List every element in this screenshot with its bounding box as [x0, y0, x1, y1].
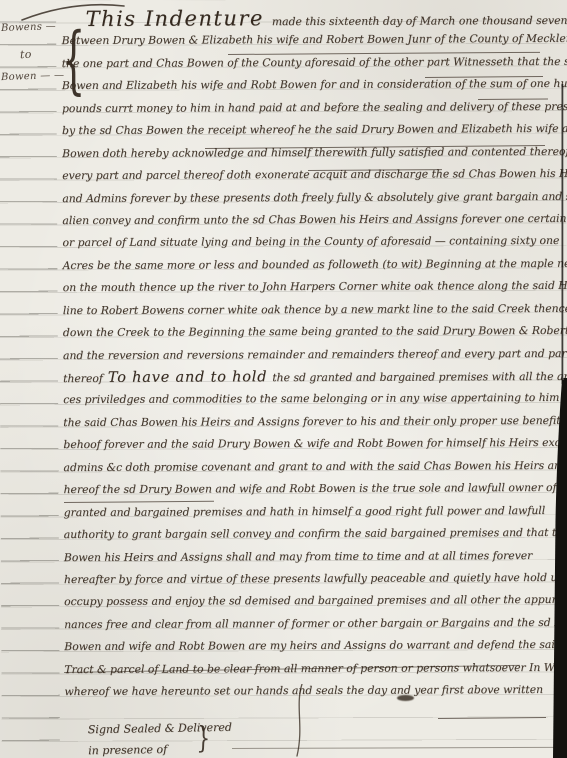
habendum-post: the sd granted and bargained premises wi… — [272, 370, 567, 385]
habendum-phrase: To have and to hold — [103, 369, 273, 386]
margin-ruled-lines — [0, 0, 60, 758]
manuscript-line: line to Robert Bowens corner white oak t… — [63, 298, 560, 323]
closing-brace-icon: } — [196, 724, 210, 755]
manuscript-line: hereafter by force and virtue of these p… — [64, 567, 561, 592]
manuscript-line: Tract & parcel of Land to be clear from … — [64, 657, 561, 682]
manuscript-line: Bowen his Heirs and Assigns shall and ma… — [64, 544, 561, 569]
manuscript-line: Bowen and Elizabeth his wife and Robt Bo… — [62, 73, 559, 98]
manuscript-line: ces priviledges and commodities to the s… — [63, 387, 560, 412]
manuscript-line: whereof we have hereunto set our hands a… — [64, 679, 561, 704]
manuscript-line: granted and bargained premises and hath … — [64, 500, 561, 525]
manuscript-line: authority to grant bargain sell convey a… — [64, 522, 561, 547]
manuscript-line: nances free and clear from all manner of… — [64, 612, 561, 637]
manuscript-line: Bowen and wife and Robt Bowen are my hei… — [64, 634, 561, 659]
manuscript-line: Acres be the same more or less and bound… — [63, 253, 560, 278]
manuscript-line: and Admins forever by these presents dot… — [62, 185, 559, 210]
manuscript-line: or parcel of Land situate lying and bein… — [62, 230, 559, 255]
manuscript-line: This Indenturemade this sixteenth day of… — [61, 6, 558, 31]
manuscript-line: hereof the sd Drury Bowen and wife and R… — [64, 477, 561, 502]
manuscript-line: by the sd Chas Bowen the receipt whereof… — [62, 118, 559, 143]
in-presence-line: in presence of — [88, 738, 232, 758]
habendum-pre: thereof — [63, 372, 103, 385]
manuscript-line: Between Drury Bowen & Elizabeth his wife… — [62, 28, 559, 53]
scanned-deed-page: Bowens — to Bowen — — { This Indenturema… — [0, 0, 567, 758]
manuscript-line: admins &c doth promise covenant and gran… — [63, 455, 560, 480]
margin-note-grantee: Bowen — — — [1, 70, 65, 83]
heading-rest: made this sixteenth day of March one tho… — [272, 13, 567, 28]
deed-body-text: This Indenturemade this sixteenth day of… — [61, 6, 561, 704]
margin-note-to: to — [20, 48, 32, 61]
manuscript-line: the said Chas Bowen his Heirs and Assign… — [63, 410, 560, 435]
ruled-line-segment — [232, 747, 554, 749]
ink-underline — [438, 717, 546, 719]
manuscript-line: Bowen doth hereby acknowledge and himsel… — [62, 141, 559, 166]
opening-phrase: This Indenture — [85, 6, 271, 31]
manuscript-line: every part and parcel thereof doth exone… — [62, 163, 559, 188]
margin-note-grantor: Bowens — — [1, 21, 56, 34]
manuscript-line: pounds currt money to him in hand paid a… — [62, 96, 559, 121]
manuscript-line: on the mouth thence up the river to John… — [63, 275, 560, 300]
manuscript-line: alien convey and confirm unto the sd Cha… — [62, 208, 559, 233]
manuscript-line: down the Creek to the Beginning the same… — [63, 320, 560, 345]
ink-blot — [397, 695, 414, 701]
manuscript-line: behoof forever and the said Drury Bowen … — [63, 432, 560, 457]
manuscript-line: occupy possess and enjoy the sd demised … — [64, 589, 561, 614]
manuscript-line-habendum: thereofTo have and to holdthe sd granted… — [63, 365, 560, 390]
manuscript-line: and the reversion and reversions remaind… — [63, 342, 560, 367]
manuscript-line: the one part and Chas Bowen of the Count… — [62, 51, 559, 76]
